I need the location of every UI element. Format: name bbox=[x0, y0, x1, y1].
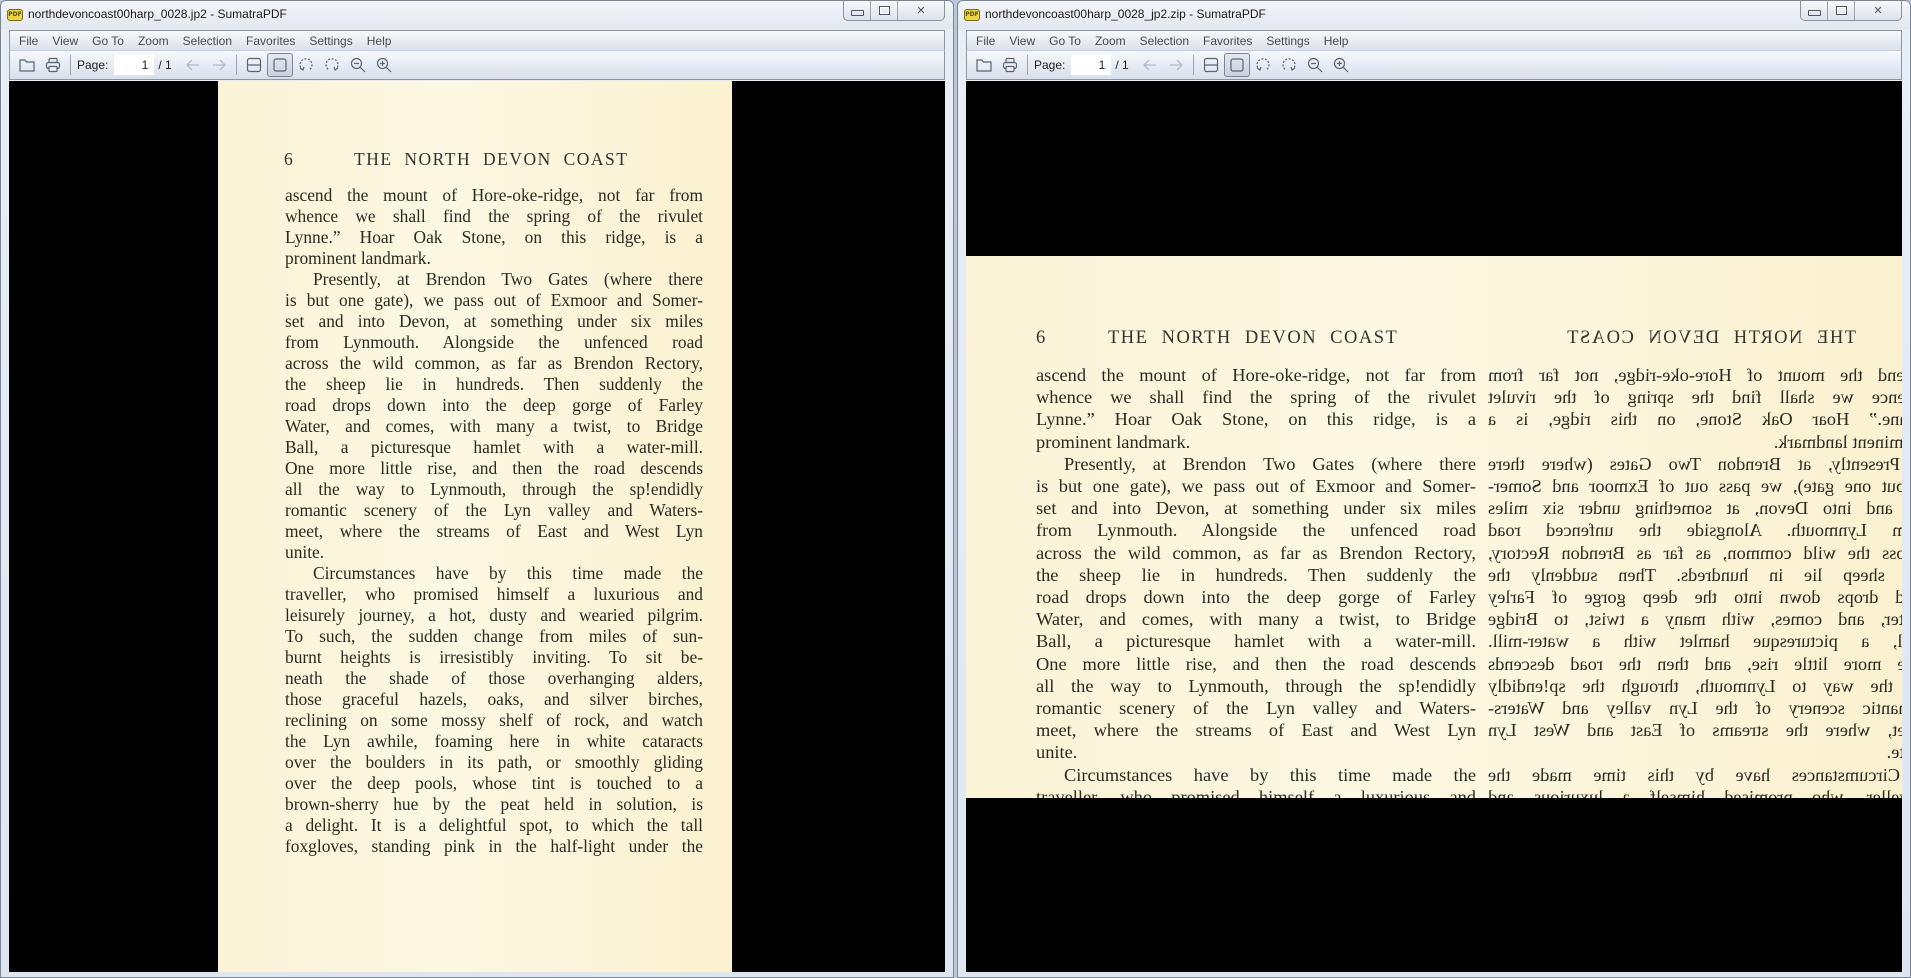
zoom-in-button[interactable] bbox=[1328, 53, 1354, 77]
page-label: Page: bbox=[1034, 58, 1065, 72]
title-bar[interactable]: PDF northdevoncoast00harp_0028.jp2 - Sum… bbox=[1, 1, 953, 29]
next-page-button[interactable] bbox=[1163, 53, 1189, 77]
folder-icon bbox=[18, 56, 36, 74]
text-line: reclining on some mossy shelf of rock, a… bbox=[285, 710, 703, 731]
rotate-left-button[interactable] bbox=[293, 53, 319, 77]
text-line: whence we shall find the spring of the r… bbox=[1036, 386, 1476, 408]
text-line: One more little rise, and then the road … bbox=[1488, 653, 1902, 675]
folder-icon bbox=[975, 56, 993, 74]
zoom-out-button[interactable] bbox=[1302, 53, 1328, 77]
text-line: set and into Devon, at something under s… bbox=[1488, 497, 1902, 519]
minimize-button[interactable] bbox=[844, 1, 871, 20]
open-button[interactable] bbox=[971, 53, 997, 77]
document-page-spread: 6 THE NORTH DEVON COAST ascend the mount… bbox=[966, 256, 1902, 798]
running-title: THE NORTH DEVON COAST bbox=[1108, 328, 1398, 349]
menu-settings[interactable]: Settings bbox=[1259, 32, 1316, 50]
fit-page-icon bbox=[271, 56, 289, 74]
text-line: prominent landmark. bbox=[1488, 431, 1902, 453]
text-line: ascend the mount of Hore-oke-ridge, not … bbox=[1036, 364, 1476, 386]
text-line: Water, and comes, with many a twist, to … bbox=[285, 416, 703, 437]
mirrored-running-title: THE NORTH DEVON COAST bbox=[1566, 328, 1856, 349]
menu-zoom[interactable]: Zoom bbox=[131, 32, 176, 50]
page-total: / 1 bbox=[158, 58, 171, 72]
maximize-button[interactable] bbox=[1828, 1, 1855, 20]
sumatrapdf-app-icon: PDF bbox=[7, 9, 23, 21]
text-line: meet, where the streams of East and West… bbox=[1036, 719, 1476, 741]
close-button[interactable]: ✕ bbox=[898, 1, 944, 20]
page-number: 6 bbox=[284, 149, 294, 170]
text-line: meet, where the streams of East and West… bbox=[1488, 719, 1902, 741]
printer-icon bbox=[1001, 56, 1019, 74]
rotate-left-button[interactable] bbox=[1250, 53, 1276, 77]
text-line: Lynne.” Hoar Oak Stone, on this ridge, i… bbox=[285, 227, 703, 248]
text-line: whence we shall find the spring of the r… bbox=[1488, 386, 1902, 408]
close-icon: ✕ bbox=[916, 4, 925, 17]
menu-favorites[interactable]: Favorites bbox=[1196, 32, 1259, 50]
open-button[interactable] bbox=[14, 53, 40, 77]
toolbar-separator bbox=[1027, 55, 1028, 75]
text-line: a delight. It is a delightful spot, to w… bbox=[285, 815, 703, 836]
text-line: prominent landmark. bbox=[1036, 431, 1476, 453]
window-title: northdevoncoast00harp_0028_jp2.zip - Sum… bbox=[985, 7, 1266, 21]
text-line: across the wild common, as far as Brendo… bbox=[1036, 542, 1476, 564]
menu-file[interactable]: File bbox=[12, 32, 45, 50]
text-line: road drops down into the deep gorge of F… bbox=[285, 395, 703, 416]
text-line: traveller, who promised himself a luxuri… bbox=[1036, 786, 1476, 798]
text-line: the sheep lie in hundreds. Then suddenly… bbox=[285, 374, 703, 395]
text-line: from Lynmouth. Alongside the unfenced ro… bbox=[1488, 519, 1902, 541]
sumatra-window-jp2[interactable]: PDF northdevoncoast00harp_0028.jp2 - Sum… bbox=[0, 0, 954, 978]
text-line: from Lynmouth. Alongside the unfenced ro… bbox=[1036, 519, 1476, 541]
text-line: all the way to Lynmouth, through the sp!… bbox=[285, 479, 703, 500]
text-line: unite. bbox=[1036, 741, 1476, 763]
toolbar-separator bbox=[70, 55, 71, 75]
page-total: / 1 bbox=[1115, 58, 1128, 72]
fit-page-button[interactable] bbox=[267, 53, 293, 77]
menu-bar: File View Go To Zoom Selection Favorites… bbox=[9, 30, 945, 50]
menu-selection[interactable]: Selection bbox=[176, 32, 239, 50]
text-line: neath the shade of those overhanging ald… bbox=[285, 668, 703, 689]
rotate-left-icon bbox=[1254, 56, 1272, 74]
text-line: brown-sherry hue by the peat held in sol… bbox=[285, 794, 703, 815]
title-bar[interactable]: PDF northdevoncoast00harp_0028_jp2.zip -… bbox=[958, 1, 1910, 29]
page-body-text: ascend the mount of Hore-oke-ridge, not … bbox=[285, 185, 703, 857]
text-line: ascend the mount of Hore-oke-ridge, not … bbox=[285, 185, 703, 206]
text-line: One more little rise, and then the road … bbox=[1036, 653, 1476, 675]
arrow-left-icon bbox=[1141, 56, 1159, 74]
menu-go-to[interactable]: Go To bbox=[1042, 32, 1088, 50]
text-line: traveller, who promised himself a luxuri… bbox=[285, 584, 703, 605]
text-line: Circumstances have by this time made the bbox=[285, 563, 703, 584]
text-line: Circumstances have by this time made the bbox=[1036, 764, 1476, 786]
text-line: One more little rise, and then the road … bbox=[285, 458, 703, 479]
text-line: Circumstances have by this time made the bbox=[1488, 764, 1902, 786]
menu-zoom[interactable]: Zoom bbox=[1088, 32, 1133, 50]
zoom-out-button[interactable] bbox=[345, 53, 371, 77]
window-title: northdevoncoast00harp_0028.jp2 - Sumatra… bbox=[28, 7, 287, 21]
text-line: across the wild common, as far as Brendo… bbox=[1488, 542, 1902, 564]
text-line: from Lynmouth. Alongside the unfenced ro… bbox=[285, 332, 703, 353]
page-label: Page: bbox=[77, 58, 108, 72]
text-line: road drops down into the deep gorge of F… bbox=[1488, 586, 1902, 608]
sumatra-window-zip[interactable]: PDF northdevoncoast00harp_0028_jp2.zip -… bbox=[957, 0, 1911, 978]
text-line: burnt heights is irresistibly inviting. … bbox=[285, 647, 703, 668]
text-line: unite. bbox=[285, 542, 703, 563]
previous-page-button[interactable] bbox=[180, 53, 206, 77]
text-line: unite. bbox=[1488, 741, 1902, 763]
caption-buttons: ✕ bbox=[843, 1, 945, 21]
zoom-out-icon bbox=[1306, 56, 1324, 74]
text-line: romantic scenery of the Lyn valley and W… bbox=[1036, 697, 1476, 719]
text-line: traveller, who promised himself a luxuri… bbox=[1488, 786, 1902, 798]
fit-page-icon bbox=[1228, 56, 1246, 74]
text-line: the sheep lie in hundreds. Then suddenly… bbox=[1036, 564, 1476, 586]
text-line: over the boulders in its path, or smooth… bbox=[285, 752, 703, 773]
text-line: romantic scenery of the Lyn valley and W… bbox=[285, 500, 703, 521]
maximize-button[interactable] bbox=[871, 1, 898, 20]
zoom-in-button[interactable] bbox=[371, 53, 397, 77]
fit-width-button[interactable] bbox=[241, 53, 267, 77]
text-line: the sheep lie in hundreds. Then suddenly… bbox=[1488, 564, 1902, 586]
text-line: leisurely journey, a hot, dusty and wear… bbox=[285, 605, 703, 626]
text-line: is but one gate), we pass out of Exmoor … bbox=[285, 290, 703, 311]
fit-width-icon bbox=[245, 56, 263, 74]
text-line: romantic scenery of the Lyn valley and W… bbox=[1488, 697, 1902, 719]
menu-help[interactable]: Help bbox=[1317, 32, 1356, 50]
text-line: whence we shall find the spring of the r… bbox=[285, 206, 703, 227]
text-line: Ball, a picturesque hamlet with a water-… bbox=[285, 437, 703, 458]
text-line: set and into Devon, at something under s… bbox=[1036, 497, 1476, 519]
text-line: Water, and comes, with many a twist, to … bbox=[1488, 608, 1902, 630]
sumatrapdf-app-icon: PDF bbox=[964, 9, 980, 21]
running-title: THE NORTH DEVON COAST bbox=[354, 149, 628, 170]
print-button[interactable] bbox=[40, 53, 66, 77]
menu-file[interactable]: File bbox=[969, 32, 1002, 50]
text-line: is but one gate), we pass out of Exmoor … bbox=[1488, 475, 1902, 497]
printer-icon bbox=[44, 56, 62, 74]
next-page-button[interactable] bbox=[206, 53, 232, 77]
text-line: over the deep pools, whose tint is touch… bbox=[285, 773, 703, 794]
fit-page-button[interactable] bbox=[1224, 53, 1250, 77]
desktop: PDF northdevoncoast00harp_0028.jp2 - Sum… bbox=[0, 0, 1911, 978]
rotate-right-icon bbox=[323, 56, 341, 74]
text-line: ascend the mount of Hore-oke-ridge, not … bbox=[1488, 364, 1902, 386]
menu-bar: File View Go To Zoom Selection Favorites… bbox=[966, 30, 1902, 50]
text-line: all the way to Lynmouth, through the sp!… bbox=[1488, 675, 1902, 697]
text-line: Ball, a picturesque hamlet with a water-… bbox=[1488, 630, 1902, 652]
rotate-right-button[interactable] bbox=[1276, 53, 1302, 77]
document-page: 6 THE NORTH DEVON COAST ascend the mount… bbox=[218, 81, 732, 972]
print-button[interactable] bbox=[997, 53, 1023, 77]
menu-view[interactable]: View bbox=[1002, 32, 1042, 50]
menu-help[interactable]: Help bbox=[360, 32, 399, 50]
text-line: Presently, at Brendon Two Gates (where t… bbox=[1488, 453, 1902, 475]
toolbar-separator bbox=[236, 55, 237, 75]
text-line: set and into Devon, at something under s… bbox=[285, 311, 703, 332]
arrow-right-icon bbox=[210, 56, 228, 74]
page-number-input[interactable] bbox=[114, 55, 154, 75]
close-icon: ✕ bbox=[1873, 4, 1882, 17]
page-number: 6 bbox=[1036, 328, 1047, 349]
text-line: Presently, at Brendon Two Gates (where t… bbox=[285, 269, 703, 290]
mirrored-body-text: ascend the mount of Hore-oke-ridge, not … bbox=[1488, 364, 1902, 798]
page-body-text: ascend the mount of Hore-oke-ridge, not … bbox=[1036, 364, 1476, 798]
text-line: foxgloves, standing pink in the half-lig… bbox=[285, 836, 703, 857]
menu-favorites[interactable]: Favorites bbox=[239, 32, 302, 50]
rotate-right-icon bbox=[1280, 56, 1298, 74]
toolbar: Page: / 1 bbox=[9, 50, 945, 80]
minimize-button[interactable] bbox=[1801, 1, 1828, 20]
zoom-in-icon bbox=[1332, 56, 1350, 74]
text-line: Ball, a picturesque hamlet with a water-… bbox=[1036, 630, 1476, 652]
zoom-in-icon bbox=[375, 56, 393, 74]
text-line: Lynne.” Hoar Oak Stone, on this ridge, i… bbox=[1036, 408, 1476, 430]
text-line: the Lyn awhile, foaming here in white ca… bbox=[285, 731, 703, 752]
menu-view[interactable]: View bbox=[45, 32, 85, 50]
fit-width-icon bbox=[1202, 56, 1220, 74]
text-line: those graceful hazels, oaks, and silver … bbox=[285, 689, 703, 710]
close-button[interactable]: ✕ bbox=[1855, 1, 1901, 20]
text-line: To such, the sudden change from miles of… bbox=[285, 626, 703, 647]
text-line: road drops down into the deep gorge of F… bbox=[1036, 586, 1476, 608]
document-canvas[interactable]: 6 THE NORTH DEVON COAST ascend the mount… bbox=[966, 81, 1902, 972]
previous-page-button[interactable] bbox=[1137, 53, 1163, 77]
text-line: Lynne.” Hoar Oak Stone, on this ridge, i… bbox=[1488, 408, 1902, 430]
text-line: across the wild common, as far as Brendo… bbox=[285, 353, 703, 374]
text-line: prominent landmark. bbox=[285, 248, 703, 269]
rotate-left-icon bbox=[297, 56, 315, 74]
text-line: is but one gate), we pass out of Exmoor … bbox=[1036, 475, 1476, 497]
text-line: Water, and comes, with many a twist, to … bbox=[1036, 608, 1476, 630]
document-canvas[interactable]: 6 THE NORTH DEVON COAST ascend the mount… bbox=[9, 81, 945, 972]
arrow-left-icon bbox=[184, 56, 202, 74]
toolbar: Page: / 1 bbox=[966, 50, 1902, 80]
text-line: all the way to Lynmouth, through the sp!… bbox=[1036, 675, 1476, 697]
menu-settings[interactable]: Settings bbox=[302, 32, 359, 50]
fit-width-button[interactable] bbox=[1198, 53, 1224, 77]
rotate-right-button[interactable] bbox=[319, 53, 345, 77]
text-line: meet, where the streams of East and West… bbox=[285, 521, 703, 542]
toolbar-separator bbox=[1193, 55, 1194, 75]
caption-buttons: ✕ bbox=[1800, 1, 1902, 21]
page-number-input[interactable] bbox=[1071, 55, 1111, 75]
arrow-right-icon bbox=[1167, 56, 1185, 74]
zoom-out-icon bbox=[349, 56, 367, 74]
menu-selection[interactable]: Selection bbox=[1133, 32, 1196, 50]
menu-go-to[interactable]: Go To bbox=[85, 32, 131, 50]
text-line: Presently, at Brendon Two Gates (where t… bbox=[1036, 453, 1476, 475]
